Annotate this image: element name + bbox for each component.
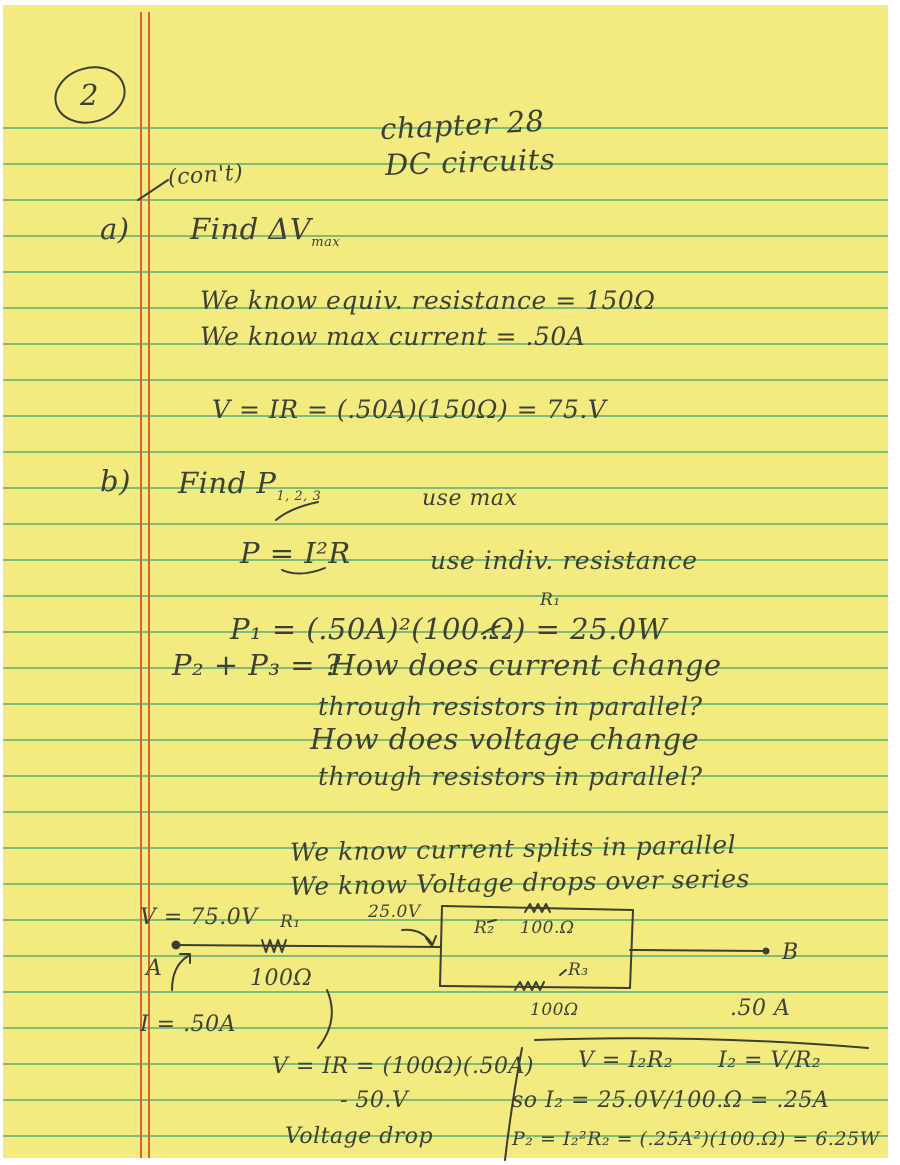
- chapter-subtitle: DC circuits: [384, 142, 555, 182]
- part-a-prompt: Find ΔVmax: [190, 212, 340, 246]
- calc-right-line-1a: V = I₂R₂: [578, 1048, 673, 1073]
- part-a-label: a): [100, 212, 130, 246]
- r1-value: 100Ω: [250, 966, 312, 991]
- calc-right-line-1b: I₂ = V/R₂: [718, 1048, 821, 1073]
- note-use-indiv-resistance: use indiv. resistance: [430, 546, 698, 575]
- calc-right-line-2: so I₂ = 25.0V/100.Ω = .25A: [512, 1088, 829, 1113]
- node-a-label: A: [146, 956, 162, 981]
- r1-label: R₁: [280, 912, 301, 932]
- r3-label: R₃: [568, 960, 589, 980]
- power-formula: P = I²R: [240, 536, 351, 570]
- part-b-prompt-subs: 1, 2, 3: [276, 489, 321, 504]
- calc-left-line-2: - 50.V: [340, 1088, 408, 1113]
- part-b-prompt: Find P1, 2, 3: [178, 466, 321, 500]
- page-number: 2: [80, 78, 99, 112]
- continued-note: (con't): [167, 160, 244, 190]
- r2-label: R₂: [474, 918, 495, 938]
- node-b-label: B: [782, 940, 799, 965]
- source-voltage: V = 75.0V: [140, 905, 258, 930]
- r2-value: 100.Ω: [520, 918, 574, 938]
- calc-left-line-1: V = IR = (100Ω)(.50A): [272, 1054, 534, 1079]
- question-line-2: through resistors in parallel?: [318, 692, 703, 721]
- calc-right-line-3: P₂ = I₂²R₂ = (.25A²)(100.Ω) = 6.25W: [512, 1128, 880, 1150]
- question-line-4: through resistors in parallel?: [318, 762, 703, 791]
- note-use-max: use max: [422, 486, 517, 511]
- node-voltage: 25.0V: [368, 902, 421, 922]
- part-a-line-1: We know equiv. resistance = 150Ω: [200, 286, 656, 315]
- p1-equation: P₁ = (.50A)²(100.Ω) = 25.0W: [230, 612, 667, 646]
- total-current: I = .50A: [140, 1012, 236, 1037]
- part-a-prompt-sub: max: [311, 235, 340, 250]
- r1-label-annotation: R₁: [540, 590, 561, 610]
- question-line-1: How does current change: [330, 648, 722, 682]
- part-a-prompt-text: Find ΔV: [190, 212, 311, 246]
- r3-value: 100Ω: [530, 1000, 579, 1020]
- part-b-prompt-text: Find P: [178, 466, 276, 500]
- part-b-label: b): [100, 464, 131, 498]
- calc-left-line-3: Voltage drop: [285, 1124, 433, 1149]
- output-current: .50 A: [730, 996, 790, 1021]
- p23-equation: P₂ + P₃ = ?: [172, 648, 341, 682]
- part-a-equation: V = IR = (.50A)(150Ω) = 75.V: [212, 395, 606, 424]
- question-line-3: How does voltage change: [310, 722, 699, 756]
- part-a-line-2: We know max current = .50A: [200, 322, 585, 351]
